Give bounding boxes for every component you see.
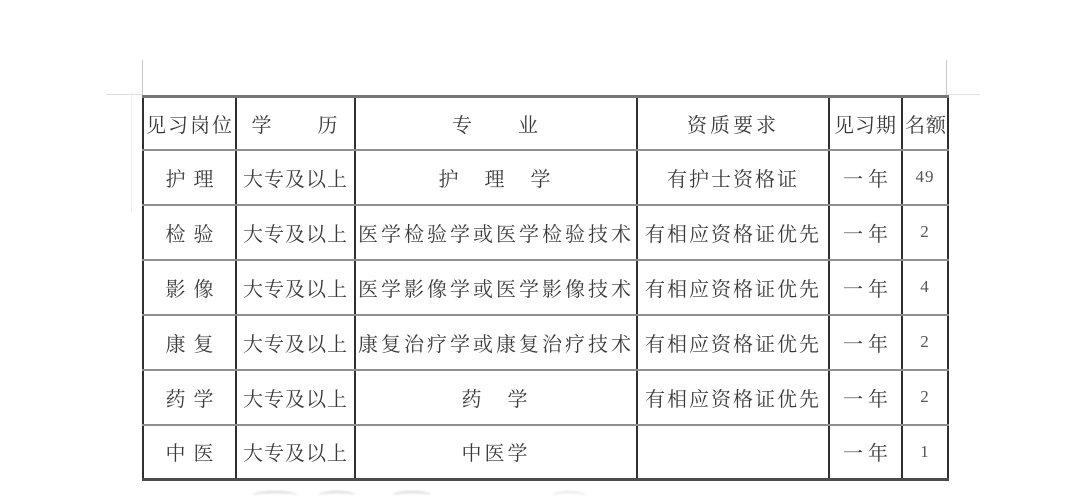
cell-education: 大专及以上	[236, 150, 355, 205]
scan-artifact-vertical-line-right	[946, 60, 947, 95]
cell-period: 一年	[829, 425, 902, 480]
cell-position: 护理	[143, 150, 236, 205]
cell-major: 医学检验学或医学检验技术	[355, 205, 637, 260]
table-header-row: 见习岗位 学 历 专 业 资质要求 见习期 名额	[143, 97, 948, 150]
cell-position: 影像	[143, 260, 236, 315]
cell-quota: 2	[902, 205, 948, 260]
table-row: 中医 大专及以上 中医学 一年 1	[143, 425, 948, 480]
table-row: 影像 大专及以上 医学影像学或医学影像技术 有相应资格证优先 一年 4	[143, 260, 948, 315]
cell-quota: 2	[902, 315, 948, 370]
cell-education: 大专及以上	[236, 205, 355, 260]
scan-artifact-cutoff-text	[318, 491, 356, 499]
cell-quota: 49	[902, 150, 948, 205]
cell-position: 康复	[143, 315, 236, 370]
column-header-qualification: 资质要求	[637, 97, 829, 150]
internship-positions-table: 见习岗位 学 历 专 业 资质要求 见习期 名额 护理 大专及以上 护 理 学 …	[142, 95, 949, 481]
table-row: 康复 大专及以上 康复治疗学或康复治疗技术 有相应资格证优先 一年 2	[143, 315, 948, 370]
cell-qualification: 有相应资格证优先	[637, 260, 829, 315]
cell-position: 中医	[143, 425, 236, 480]
cell-education: 大专及以上	[236, 315, 355, 370]
cell-education: 大专及以上	[236, 370, 355, 425]
table-row: 护理 大专及以上 护 理 学 有护士资格证 一年 49	[143, 150, 948, 205]
cell-qualification	[637, 425, 829, 480]
cell-period: 一年	[829, 315, 902, 370]
column-header-education: 学 历	[236, 97, 355, 150]
cell-major: 护 理 学	[355, 150, 637, 205]
table-row: 药学 大专及以上 药 学 有相应资格证优先 一年 2	[143, 370, 948, 425]
scan-artifact-cutoff-text	[552, 491, 586, 499]
cell-qualification: 有相应资格证优先	[637, 205, 829, 260]
cell-quota: 4	[902, 260, 948, 315]
scan-artifact-cutoff-text	[252, 491, 298, 499]
cell-period: 一年	[829, 205, 902, 260]
cell-quota: 2	[902, 370, 948, 425]
column-header-major: 专 业	[355, 97, 637, 150]
cell-period: 一年	[829, 260, 902, 315]
cell-education: 大专及以上	[236, 260, 355, 315]
scanned-document-page: 见习岗位 学 历 专 业 资质要求 见习期 名额 护理 大专及以上 护 理 学 …	[0, 0, 1080, 499]
cell-qualification: 有相应资格证优先	[637, 370, 829, 425]
scan-artifact-cutoff-text	[392, 491, 432, 499]
cell-major: 医学影像学或医学影像技术	[355, 260, 637, 315]
cell-major: 药 学	[355, 370, 637, 425]
column-header-period: 见习期	[829, 97, 902, 150]
cell-major: 康复治疗学或康复治疗技术	[355, 315, 637, 370]
table-row: 检验 大专及以上 医学检验学或医学检验技术 有相应资格证优先 一年 2	[143, 205, 948, 260]
scan-artifact-horizontal-line-left	[106, 94, 142, 95]
scan-artifact-vertical-line-left	[142, 60, 143, 95]
cell-education: 大专及以上	[236, 425, 355, 480]
column-header-quota: 名额	[902, 97, 948, 150]
scan-artifact-ghost-line	[131, 92, 132, 212]
cell-qualification: 有相应资格证优先	[637, 315, 829, 370]
cell-qualification: 有护士资格证	[637, 150, 829, 205]
cell-period: 一年	[829, 370, 902, 425]
scan-artifact-horizontal-line-right	[948, 94, 980, 95]
cell-position: 药学	[143, 370, 236, 425]
cell-major: 中医学	[355, 425, 637, 480]
cell-position: 检验	[143, 205, 236, 260]
cell-period: 一年	[829, 150, 902, 205]
cell-quota: 1	[902, 425, 948, 480]
column-header-position: 见习岗位	[143, 97, 236, 150]
